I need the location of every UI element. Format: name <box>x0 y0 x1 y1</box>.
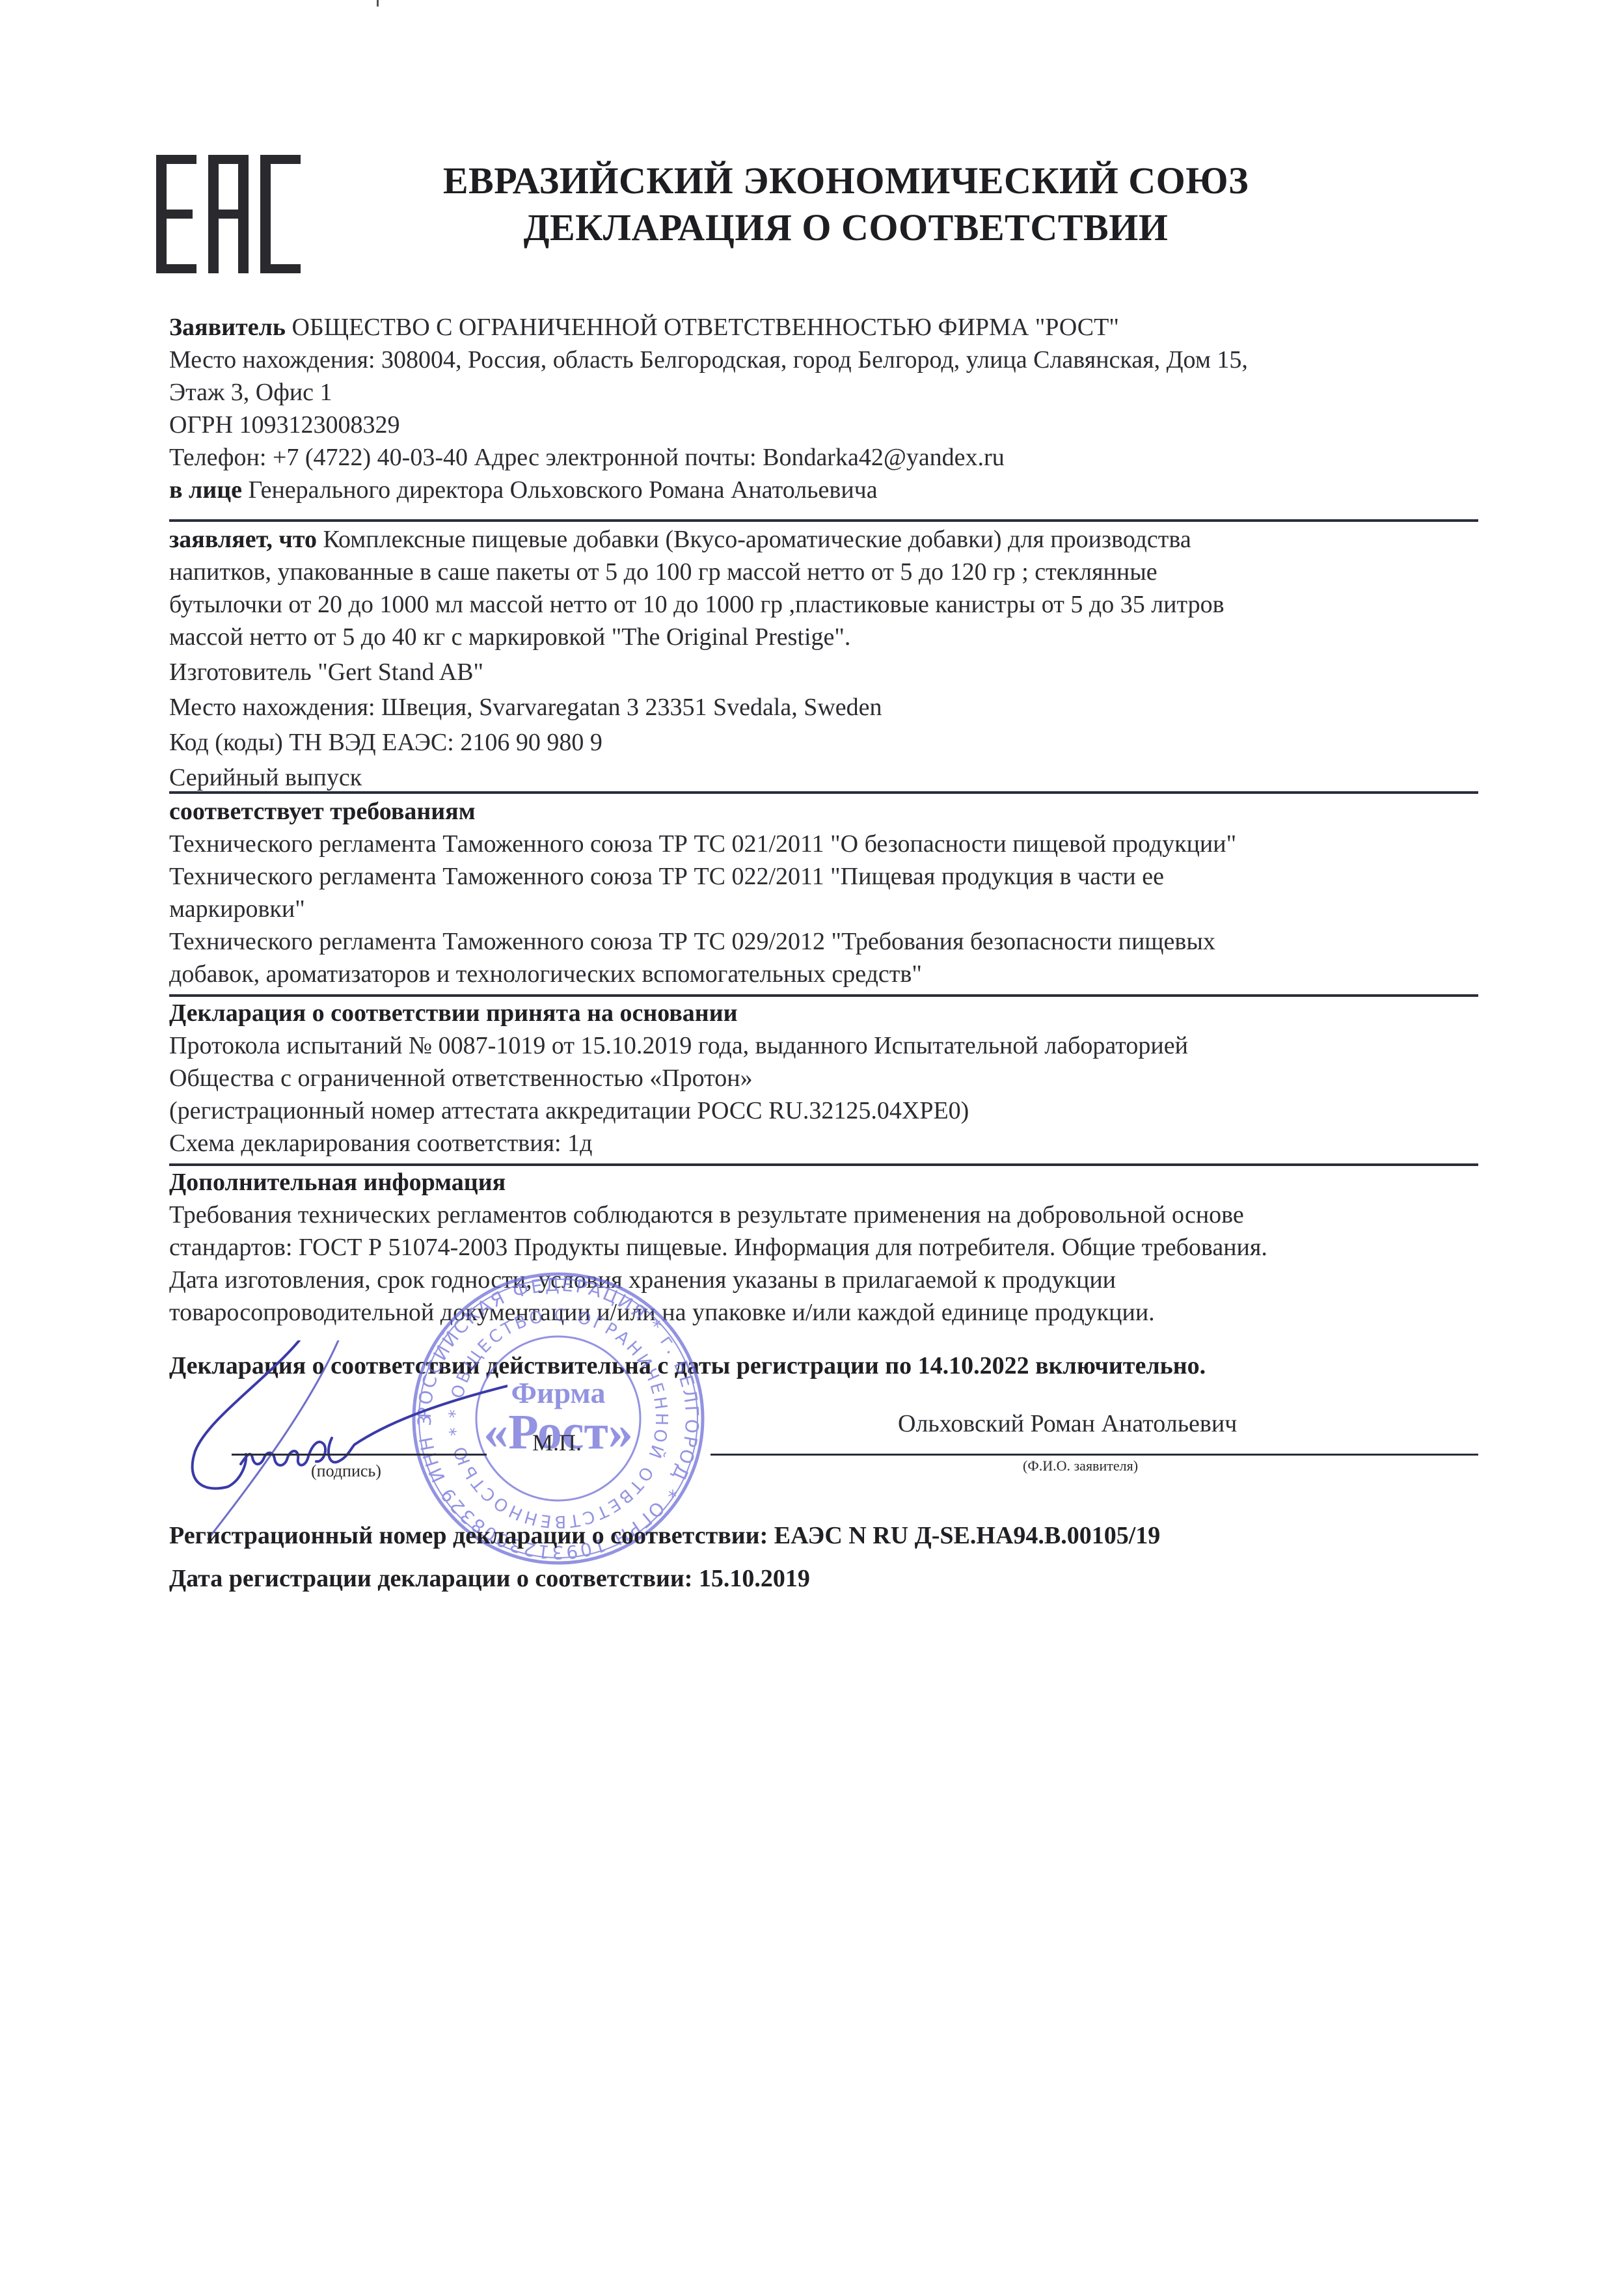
applicant-name: ОБЩЕСТВО С ОГРАНИЧЕННОЙ ОТВЕТСТВЕННОСТЬЮ… <box>286 314 1119 341</box>
represented-label: в лице <box>169 476 242 504</box>
declares-line: заявляет, что Комплексные пищевые добавк… <box>169 523 1477 556</box>
divider-rule <box>169 519 1478 522</box>
manufacturer: Изготовитель "Gert Stand AB" <box>169 656 1477 688</box>
compliance-section: соответствует требованиям Технического р… <box>169 795 1477 990</box>
product-line-4: массой нетто от 5 до 40 кг с маркировкой… <box>169 621 1477 653</box>
applicant-ogrn: ОГРН 1093123008329 <box>169 409 1477 441</box>
compliance-item: Технического регламента Таможенного союз… <box>169 925 1477 958</box>
union-title: ЕВРАЗИЙСКИЙ ЭКОНОМИЧЕСКИЙ СОЮЗ <box>364 157 1327 204</box>
basis-line-2: Общества с ограниченной ответственностью… <box>169 1062 1477 1094</box>
applicant-address-line1: Место нахождения: 308004, Россия, област… <box>169 344 1477 376</box>
compliance-item: Технического регламента Таможенного союз… <box>169 828 1477 860</box>
declaration-scheme: Схема декларирования соответствия: 1д <box>169 1127 1477 1160</box>
manufacturer-address: Место нахождения: Швеция, Svarvaregatan … <box>169 691 1477 724</box>
additional-line-1: Требования технических регламентов соблю… <box>169 1199 1477 1231</box>
represented-by: Генерального директора Ольховского Роман… <box>242 476 878 504</box>
document-header: ЕВРАЗИЙСКИЙ ЭКОНОМИЧЕСКИЙ СОЮЗ ДЕКЛАРАЦИ… <box>364 157 1327 251</box>
additional-heading: Дополнительная информация <box>169 1166 1477 1199</box>
declaration-title: ДЕКЛАРАЦИЯ О СООТВЕТСТВИИ <box>364 204 1327 251</box>
handwritten-signature <box>169 1340 507 1542</box>
production-type: Серийный выпуск <box>169 761 1477 794</box>
compliance-item: маркировки" <box>169 893 1477 925</box>
signature-line <box>232 1454 487 1456</box>
basis-heading: Декларация о соответствии принята на осн… <box>169 997 1477 1029</box>
seal-label: М.П. <box>532 1429 582 1456</box>
tnved-code: Код (коды) ТН ВЭД ЕАЭС: 2106 90 980 9 <box>169 726 1477 759</box>
compliance-heading: соответствует требованиям <box>169 795 1477 828</box>
signer-caption: (Ф.И.О. заявителя) <box>1023 1458 1138 1474</box>
declaration-page: ЕВРАЗИЙСКИЙ ЭКОНОМИЧЕСКИЙ СОЮЗ ДЕКЛАРАЦИ… <box>0 0 1624 2280</box>
additional-line-3: Дата изготовления, срок годности, услови… <box>169 1264 1477 1296</box>
applicant-address-line2: Этаж 3, Офис 1 <box>169 376 1477 409</box>
applicant-section: Заявитель ОБЩЕСТВО С ОГРАНИЧЕННОЙ ОТВЕТС… <box>169 311 1477 506</box>
scan-mark <box>377 0 379 7</box>
represented-line: в лице Генерального директора Ольховског… <box>169 474 1477 506</box>
basis-section: Декларация о соответствии принята на осн… <box>169 997 1477 1160</box>
compliance-item: добавок, ароматизаторов и технологически… <box>169 958 1477 990</box>
product-line-2: напитков, упакованные в саше пакеты от 5… <box>169 556 1477 588</box>
signer-name: Ольховский Роман Анатольевич <box>898 1409 1237 1438</box>
signature-caption: (подпись) <box>311 1461 381 1481</box>
divider-rule <box>169 791 1478 794</box>
declaration-section: заявляет, что Комплексные пищевые добавк… <box>169 523 1477 794</box>
registration-date: Дата регистрации декларации о соответств… <box>169 1564 810 1593</box>
product-line-3: бутылочки от 20 до 1000 мл массой нетто … <box>169 588 1477 621</box>
declares-label: заявляет, что <box>169 526 317 553</box>
registration-number: Регистрационный номер декларации о соотв… <box>169 1521 1160 1550</box>
basis-line-1: Протокола испытаний № 0087-1019 от 15.10… <box>169 1029 1477 1062</box>
additional-line-2: стандартов: ГОСТ Р 51074-2003 Продукты п… <box>169 1231 1477 1264</box>
applicant-label: Заявитель <box>169 314 286 341</box>
applicant-contacts: Телефон: +7 (4722) 40-03-40 Адрес электр… <box>169 441 1477 474</box>
eac-logo-icon <box>156 155 301 273</box>
additional-info-section: Дополнительная информация Требования тех… <box>169 1166 1477 1329</box>
signer-name-line <box>710 1454 1478 1456</box>
compliance-item: Технического регламента Таможенного союз… <box>169 860 1477 893</box>
basis-line-3: (регистрационный номер аттестата аккреди… <box>169 1094 1477 1127</box>
additional-line-4: товаросопроводительной документации и/ил… <box>169 1296 1477 1329</box>
applicant-line: Заявитель ОБЩЕСТВО С ОГРАНИЧЕННОЙ ОТВЕТС… <box>169 311 1477 344</box>
product-line-1: Комплексные пищевые добавки (Вкусо-арома… <box>317 526 1191 553</box>
